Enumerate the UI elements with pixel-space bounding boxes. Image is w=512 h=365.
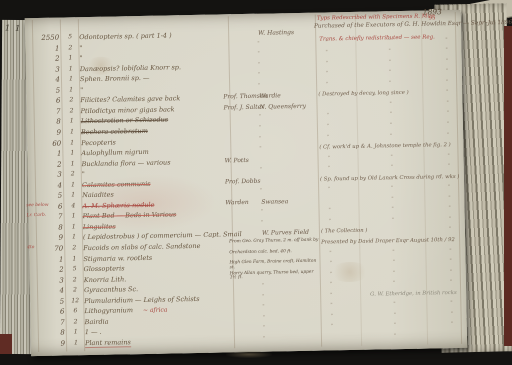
- ditto-mark: ": [394, 312, 396, 318]
- specimen-name: Lithogyranium~ africa: [84, 306, 167, 316]
- specimen-name: Naiadites: [82, 191, 114, 200]
- locality-entry: Wardie: [259, 93, 281, 100]
- registration-number: 9: [33, 128, 61, 137]
- ditto-mark: ": [450, 279, 452, 285]
- specimen-count: 1: [66, 191, 80, 198]
- specimen-name: Lithostrotion or Schizodus: [81, 116, 169, 126]
- ditto-mark: ": [261, 209, 263, 215]
- registration-number: 6: [36, 308, 64, 317]
- remarks-entry: ( Cf. work'd up & A. Johnstone temple th…: [319, 142, 450, 151]
- ditto-mark: ": [260, 167, 262, 173]
- red-name-suffix: ~ africa: [143, 307, 168, 314]
- ditto-mark: ": [393, 280, 395, 286]
- registration-number: 8: [37, 329, 65, 338]
- ditto-mark: ": [392, 259, 394, 265]
- ditto-mark: ": [449, 216, 451, 222]
- remarks-entry: ( Sp. found up by Old Lanark Cross durin…: [320, 174, 460, 183]
- ditto-mark: ": [325, 39, 327, 45]
- ditto-mark: ": [392, 217, 394, 223]
- ditto-mark: ": [326, 71, 328, 77]
- specimen-count: 1: [65, 149, 79, 156]
- registration-number: 4: [34, 181, 62, 190]
- ditto-mark: ": [390, 154, 392, 160]
- remarks-entry: Presented by David Draper Esqr August 10…: [321, 237, 455, 246]
- ditto-mark: ": [394, 323, 396, 329]
- ditto-mark: ": [389, 101, 391, 107]
- ditto-mark: ": [393, 301, 395, 307]
- specimen-count: 12: [68, 297, 82, 304]
- ditto-mark: ": [448, 205, 450, 211]
- ditto-mark: ": [259, 135, 261, 141]
- ditto-mark: ": [325, 49, 327, 55]
- specimen-count: 2: [68, 286, 82, 293]
- specimen-count: 6: [68, 307, 82, 314]
- ditto-mark: ": [327, 134, 329, 140]
- collector-entry: W. Potts: [224, 157, 248, 164]
- ink-smudge: [226, 351, 272, 358]
- ditto-mark: ": [446, 100, 448, 106]
- specimen-name: Sphen. Bronnii sp. —: [80, 74, 150, 83]
- ditto-mark: ": [263, 336, 265, 342]
- registration-number: 7: [37, 318, 65, 327]
- registration-number: 3: [36, 276, 64, 285]
- ditto-mark: ": [389, 80, 391, 86]
- ditto-mark: ": [450, 269, 452, 275]
- ditto-mark: ": [449, 248, 451, 254]
- ditto-mark: ": [391, 164, 393, 170]
- remarks-entry: G. W. Etheridge, in British rocks: [370, 290, 457, 298]
- ditto-mark: ": [451, 321, 453, 327]
- red-margin-note: see below: [26, 202, 60, 208]
- specimen-name: Plant remains: [85, 338, 131, 348]
- specimen-name: Pecopteris: [81, 138, 116, 147]
- ditto-mark: ": [388, 48, 390, 54]
- ditto-mark: ": [259, 146, 261, 152]
- specimen-count: 1: [64, 65, 78, 72]
- registration-number: 60: [33, 139, 61, 148]
- registration-number: 3: [32, 65, 60, 74]
- specimen-count: 2: [64, 97, 78, 104]
- book-cover-edge: [0, 334, 12, 354]
- specimen-count: 2: [67, 244, 81, 251]
- specimen-name: Aulophyllum nigrum: [81, 148, 149, 157]
- ditto-mark: ": [449, 258, 451, 264]
- ditto-mark: ": [448, 163, 450, 169]
- specimen-name: Filicites? Calamites gave back: [80, 95, 180, 105]
- ditto-mark: ": [328, 187, 330, 193]
- specimen-count: 1: [67, 223, 81, 230]
- collector-entry: Prof. Dobbs: [225, 177, 261, 185]
- registration-number: 1: [33, 150, 61, 159]
- specimen-name: Gyracanthus Sc.: [84, 285, 138, 294]
- ditto-mark: ": [263, 325, 265, 331]
- ditto-mark: ": [445, 47, 447, 53]
- scanned-register-photo: 11 1 1893 95 Typs Redescribed with Speci…: [0, 0, 512, 365]
- ditto-mark: ": [262, 283, 264, 289]
- ditto-mark: ": [258, 72, 260, 78]
- ditto-mark: ": [330, 303, 332, 309]
- ditto-mark: ": [330, 271, 332, 277]
- ditto-mark: ": [447, 153, 449, 159]
- specimen-count: 5: [68, 265, 82, 272]
- specimen-count: 2: [66, 170, 80, 177]
- specimen-name: Plumularidium — Leighs of Schists: [84, 295, 200, 305]
- red-margin-note: Lr. Carb.: [27, 213, 61, 219]
- ditto-mark: ": [393, 270, 395, 276]
- ditto-mark: ": [389, 69, 391, 75]
- specimen-count: 1: [64, 75, 78, 82]
- registration-number: 7: [33, 107, 61, 116]
- locality-detail-entry: Harry Allan quarry, Thurso bed, upper 1½…: [230, 270, 322, 281]
- ditto-mark: ": [450, 311, 452, 317]
- registration-number: 1: [31, 44, 59, 53]
- specimen-count: 1: [69, 339, 83, 346]
- ditto-mark: ": [390, 112, 392, 118]
- locality-entry: N. Queensferry: [259, 103, 306, 111]
- red-margin-note: 4to: [27, 245, 61, 251]
- registration-number: 5: [32, 86, 60, 95]
- ditto-mark: ": [446, 89, 448, 95]
- ditto-mark: ": [258, 61, 260, 67]
- specimen-count: 1: [69, 329, 83, 336]
- ditto-mark: ": [389, 59, 391, 65]
- ditto-mark: ": [447, 132, 449, 138]
- ditto-mark: ": [330, 292, 332, 298]
- specimen-count: 1: [67, 234, 81, 241]
- registration-number: 2: [36, 266, 64, 275]
- ditto-mark: ": [450, 300, 452, 306]
- ditto-mark: ": [262, 304, 264, 310]
- specimen-name: Knorria Lith.: [84, 275, 127, 284]
- specimen-count: 1: [65, 128, 79, 135]
- specimen-name: Bechera celebratum: [81, 127, 148, 136]
- locality-detail-entry: From Geo. Gray Thurso, 2 m. off bank by: [229, 239, 321, 245]
- registration-number: 5: [34, 192, 62, 201]
- registration-number: 5: [36, 297, 64, 306]
- specimen-name: ": [82, 170, 85, 178]
- ditto-mark: ": [259, 114, 261, 120]
- collector-entry: Prof. J. Salter: [223, 103, 264, 111]
- ditto-mark: ": [262, 293, 264, 299]
- ditto-mark: ": [392, 249, 394, 255]
- ditto-mark: ": [446, 58, 448, 64]
- specimen-name: ": [80, 86, 83, 94]
- ditto-mark: ": [327, 155, 329, 161]
- registration-number: 6: [32, 97, 60, 106]
- registration-number: 1: [35, 255, 63, 264]
- locality-entry: W. Hastings: [258, 29, 294, 37]
- ditto-mark: ": [330, 260, 332, 266]
- ditto-mark: ": [445, 37, 447, 43]
- registration-number: 8: [35, 223, 63, 232]
- ditto-mark: ": [446, 68, 448, 74]
- specimen-count: 2: [68, 276, 82, 283]
- ditto-mark: ": [328, 208, 330, 214]
- registration-number: 8: [33, 118, 61, 127]
- specimen-count: 1: [64, 86, 78, 93]
- specimen-count: 1: [67, 255, 81, 262]
- ditto-mark: ": [388, 38, 390, 44]
- ditto-mark: ": [330, 282, 332, 288]
- ditto-mark: ": [329, 218, 331, 224]
- specimen-name: A. M. Sphæria nodule: [82, 201, 154, 210]
- specimen-name: ": [79, 44, 82, 52]
- specimen-count: 2: [65, 107, 79, 114]
- ditto-mark: ": [328, 166, 330, 172]
- specimen-name: Bucklandia flora — various: [82, 158, 171, 168]
- specimen-count: 1: [65, 118, 79, 125]
- specimen-name: ( Lepidostrobus ) of commercium — Capt. …: [83, 231, 242, 242]
- remarks-entry: ( Destroyed by decay, long since ): [318, 90, 408, 98]
- ditto-mark: ": [448, 195, 450, 201]
- ditto-mark: ": [263, 315, 265, 321]
- ditto-mark: ": [259, 125, 261, 131]
- specimen-count: 2: [69, 318, 83, 325]
- collector-entry: Warden: [225, 199, 248, 206]
- ditto-mark: ": [394, 333, 396, 339]
- ditto-mark: ": [258, 82, 260, 88]
- ditto-mark: ": [327, 123, 329, 129]
- ditto-mark: ": [448, 184, 450, 190]
- ditto-mark: ": [261, 220, 263, 226]
- book-cover-edge: [504, 26, 512, 346]
- ditto-mark: ": [331, 313, 333, 319]
- registration-number: 3: [34, 171, 62, 180]
- ditto-mark: ": [391, 196, 393, 202]
- ditto-mark: ": [447, 121, 449, 127]
- registration-number: 4: [36, 287, 64, 296]
- locality-entry: Swansea: [261, 198, 288, 206]
- specimen-name: Stigmaria w. rootlets: [83, 253, 152, 262]
- register-page: 1893 95 Typs Redescribed with Specimens …: [25, 10, 467, 356]
- registration-number: 2: [32, 55, 60, 64]
- ditto-mark: ": [391, 207, 393, 213]
- ditto-mark: ": [331, 324, 333, 330]
- specimen-name: 1 — .: [85, 328, 102, 336]
- specimen-name: Plant Bed — Beds in Various: [83, 211, 177, 221]
- specimen-count: 1: [66, 160, 80, 167]
- locality-detail-entry: Orchardston calc. bed, 40 ft.: [229, 249, 321, 255]
- remarks-entry: ( The Collection ): [321, 228, 368, 235]
- specimen-count: 5: [63, 33, 77, 40]
- locality-entry: W. Purves Field: [262, 229, 309, 237]
- specimen-count: 1: [65, 139, 79, 146]
- ditto-mark: ": [390, 133, 392, 139]
- type-annotation-red: Typs Redescribed with Specimens R. Mus:: [317, 13, 436, 21]
- ditto-mark: ": [326, 60, 328, 66]
- specimen-count: 1: [67, 213, 81, 220]
- ditto-mark: ": [447, 110, 449, 116]
- specimen-count: 1: [64, 54, 78, 61]
- specimen-count: 1: [66, 181, 80, 188]
- ditto-mark: ": [390, 122, 392, 128]
- ditto-mark: ": [257, 40, 259, 46]
- specimen-name: Bairdia: [85, 318, 109, 326]
- specimen-name: Ptilodictya minor gigas back: [81, 105, 175, 115]
- registration-number: 2: [34, 160, 62, 169]
- specimen-name: Fucoids on slabs of calc. Sandstone: [83, 242, 200, 252]
- ditto-mark: ": [449, 227, 451, 233]
- ditto-mark: ": [260, 188, 262, 194]
- specimen-name: ": [79, 54, 82, 62]
- specimen-name: Glossopteris: [84, 264, 125, 273]
- ditto-mark: ": [446, 79, 448, 85]
- ditto-mark: ": [329, 250, 331, 256]
- ditto-mark: ": [327, 113, 329, 119]
- registration-number: 2550: [31, 34, 59, 43]
- ditto-mark: ": [326, 81, 328, 87]
- registration-number: 4: [32, 76, 60, 85]
- registration-number: 9: [35, 234, 63, 243]
- specimen-count: 4: [66, 202, 80, 209]
- ditto-mark: ": [257, 51, 259, 57]
- specimen-name: Odontopteris sp. ( part 1-4 ): [79, 31, 172, 41]
- specimen-name: Calamites communis: [82, 180, 151, 189]
- specimen-name: Lingulites: [83, 222, 116, 231]
- specimen-count: 2: [63, 44, 77, 51]
- specimen-name: Danæopsis? lobifolia Knorr sp.: [80, 63, 181, 73]
- ditto-mark: ": [391, 185, 393, 191]
- registration-number: 9: [37, 339, 65, 348]
